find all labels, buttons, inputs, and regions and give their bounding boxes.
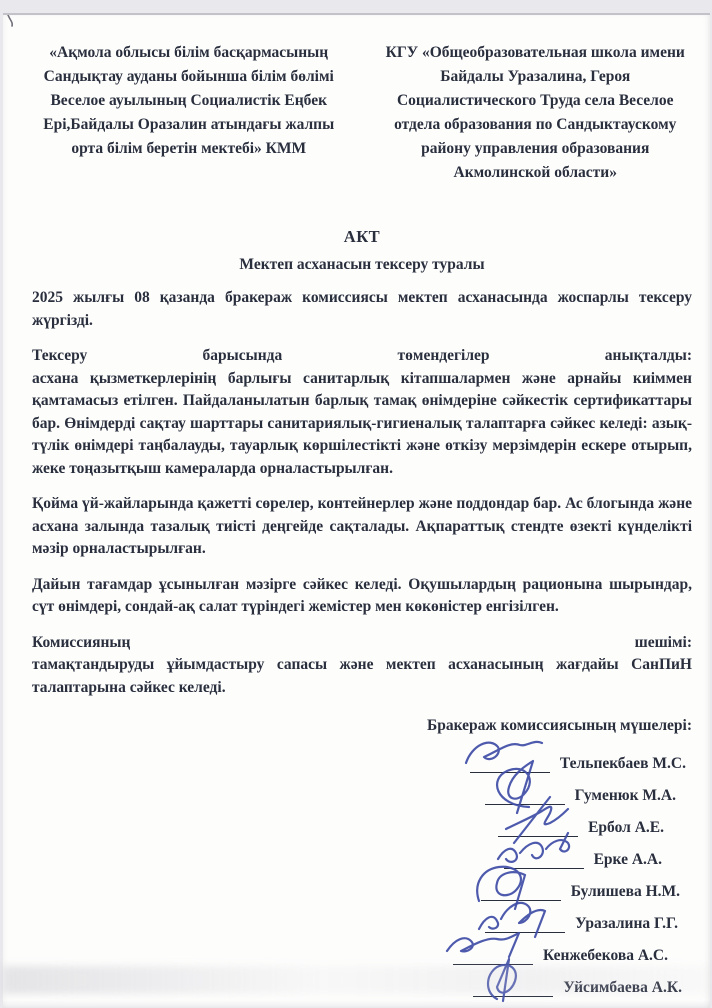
paragraph-menu: Дайын тағамдар ұсынылған мәзірге сәйкес … [32,574,692,619]
signature-name: Кенжебекова А.С. [543,947,668,965]
signature-row: Уразалина Г.Г. [32,903,692,933]
signature-name: Ерке А.А. [594,851,662,869]
signature-row: Ерке А.А. [32,839,692,869]
paragraph-findings-lead: Тексеру барысында төмендегілер анықталды… [32,345,692,368]
paragraph-inspection-date: 2025 жылғы 08 қазанда бракераж комиссияс… [32,287,692,332]
document-title: АКТ [32,227,692,247]
org-name-russian: КГУ «Общеобразовательная школа имени Бай… [379,41,693,185]
scan-bottom-shadow [3,1000,710,1008]
signature-name: Ербол А.Е. [588,819,664,837]
org-name-kazakh: «Ақмола облысы білім басқармасының Санды… [32,41,346,185]
paragraph-findings: Тексеру барысында төмендегілер анықталды… [32,345,692,480]
signature-name: Булишева Н.М. [571,883,680,901]
scanned-document-page: «Ақмола облысы білім басқармасының Санды… [0,0,712,1008]
signature-row: Ербол А.Е. [32,807,692,837]
signature-row: Булишева Н.М. [32,871,692,901]
document-subtitle: Мектеп асханасын тексеру туралы [32,256,692,274]
signatures-heading: Бракераж комиссиясының мүшелері: [32,717,692,735]
organization-header: «Ақмола облысы білім басқармасының Санды… [32,41,692,185]
signature-row: Кенжебекова А.С. [32,935,692,965]
signature-name: Гуменюк М.А. [575,787,676,805]
paragraph-findings-body: асхана қызметкерлерінің барлығы санитарл… [32,368,692,481]
scan-smudge-artifact [3,966,710,994]
paragraph-commission-decision: Комиссияның шешімі: тамақтандыруды ұйымд… [32,632,692,700]
signature-list: Тельпекбаев М.С. Гуменюк М.А. [32,743,692,997]
signature-name: Тельпекбаев М.С. [560,755,686,773]
paragraph-decision-body: тамақтандыруды ұйымдастыру сапасы және м… [32,654,692,699]
signature-row: Тельпекбаев М.С. [32,743,692,773]
paragraph-storage: Қойма үй-жайларында қажетті сөрелер, кон… [32,493,692,561]
scan-corner-artifact [5,15,21,29]
signature-name: Уразалина Г.Г. [575,915,678,933]
signature-row: Гуменюк М.А. [32,775,692,805]
paper-sheet: «Ақмола облысы білім басқармасының Санды… [3,13,710,1008]
paragraph-decision-lead: Комиссияның шешімі: [32,632,692,655]
document-content: «Ақмола облысы білім басқармасының Санды… [32,15,692,997]
